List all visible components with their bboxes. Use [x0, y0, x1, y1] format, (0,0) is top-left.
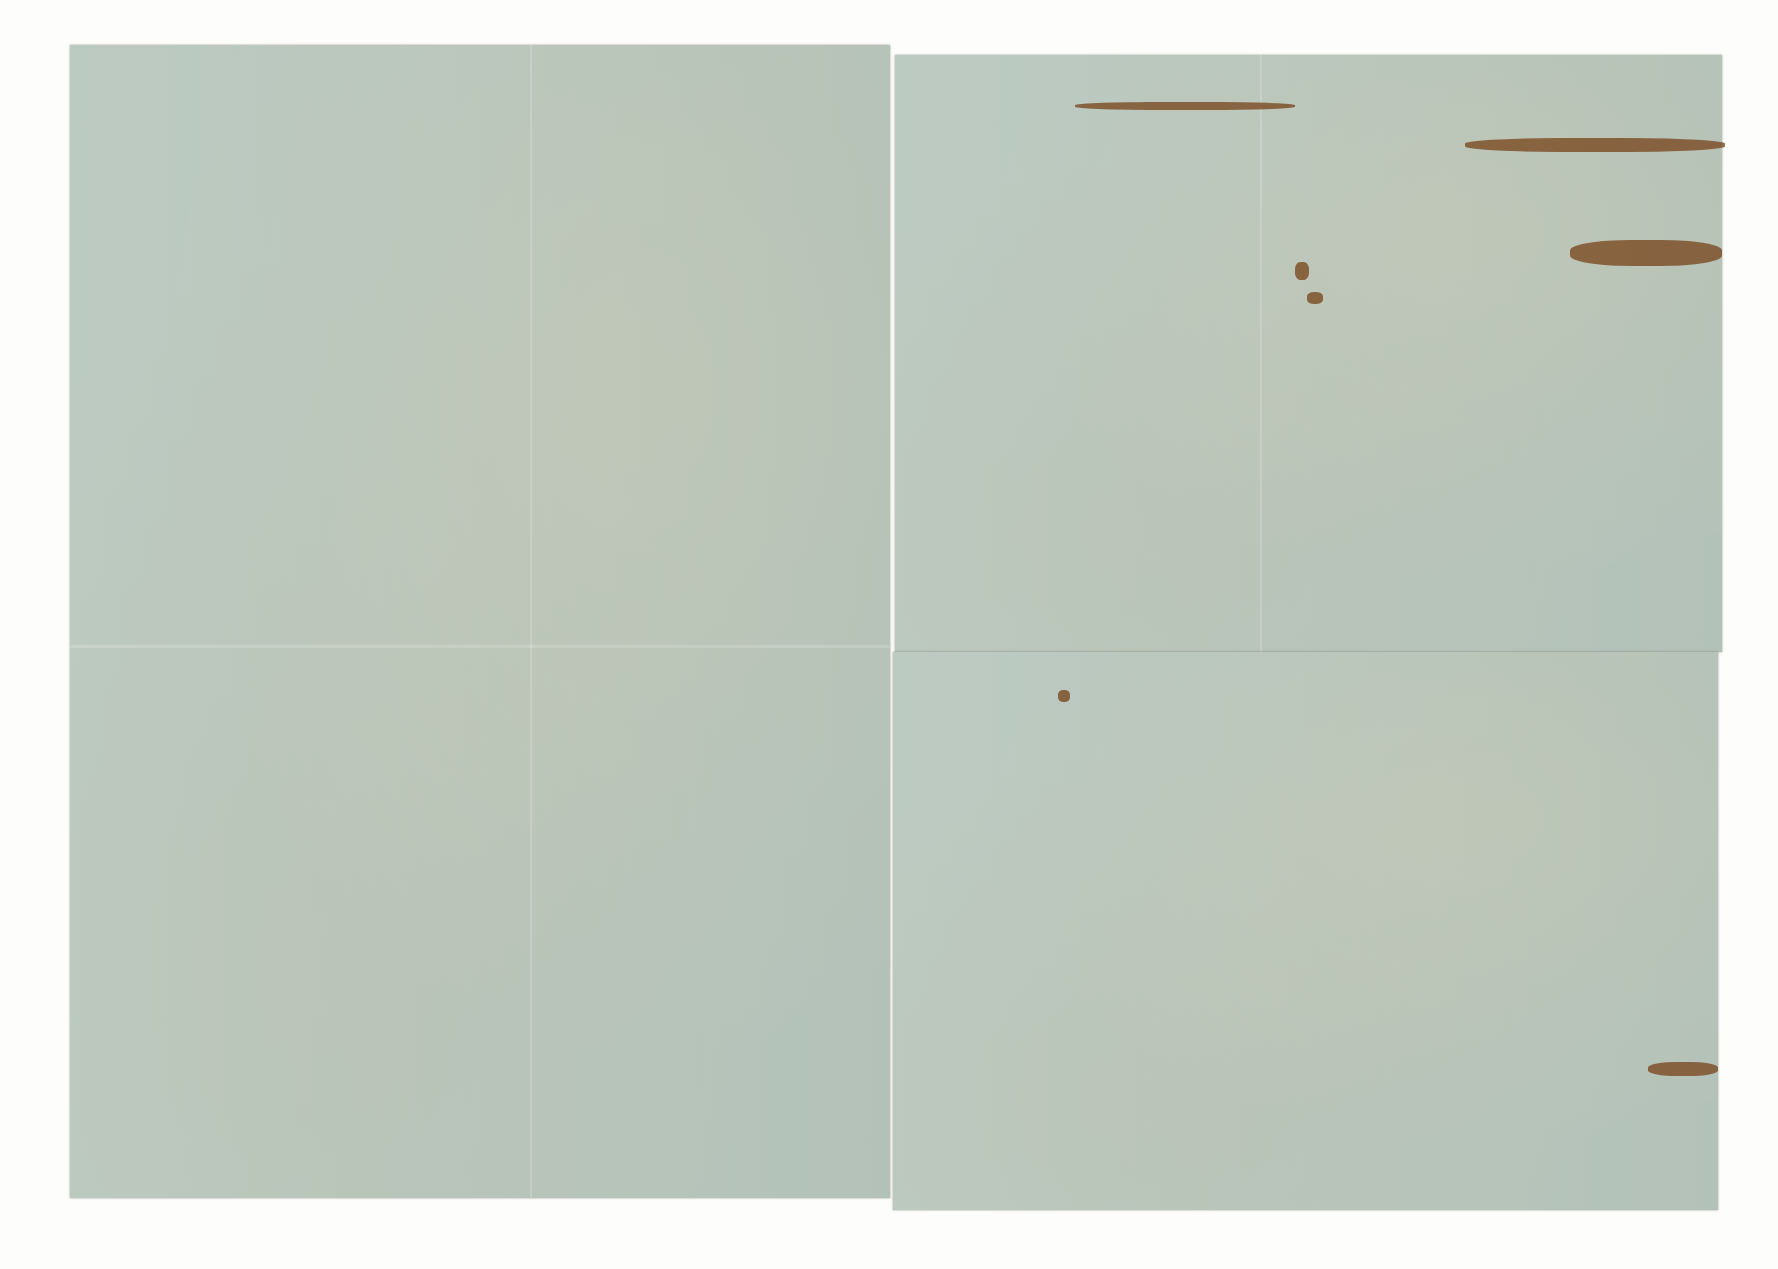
- rust-stain: [1648, 1062, 1718, 1076]
- rust-stain: [1075, 102, 1295, 110]
- bottom-right-panel: [893, 652, 1718, 1210]
- rust-stain: [1465, 138, 1725, 152]
- vertical-fold: [1260, 55, 1262, 652]
- horizontal-fold: [70, 645, 890, 648]
- rust-stain: [1570, 240, 1722, 266]
- rust-stain: [1058, 690, 1070, 702]
- rust-stain: [1295, 262, 1309, 280]
- left-panel: [70, 45, 890, 1198]
- rust-stain: [1307, 292, 1323, 304]
- vertical-fold: [530, 45, 532, 1198]
